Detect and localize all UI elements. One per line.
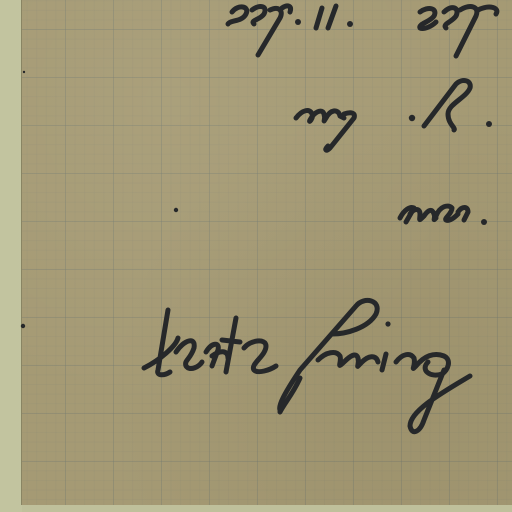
handwriting-ink: [0, 0, 512, 512]
ink-speck: [23, 71, 25, 73]
ink-speck: [174, 208, 178, 212]
handwriting-line-2: [296, 81, 492, 151]
handwriting-line-4: [144, 300, 470, 431]
handwriting-line-3: [400, 206, 487, 225]
ink-speck: [21, 324, 25, 328]
handwriting-line-1: [228, 6, 497, 56]
